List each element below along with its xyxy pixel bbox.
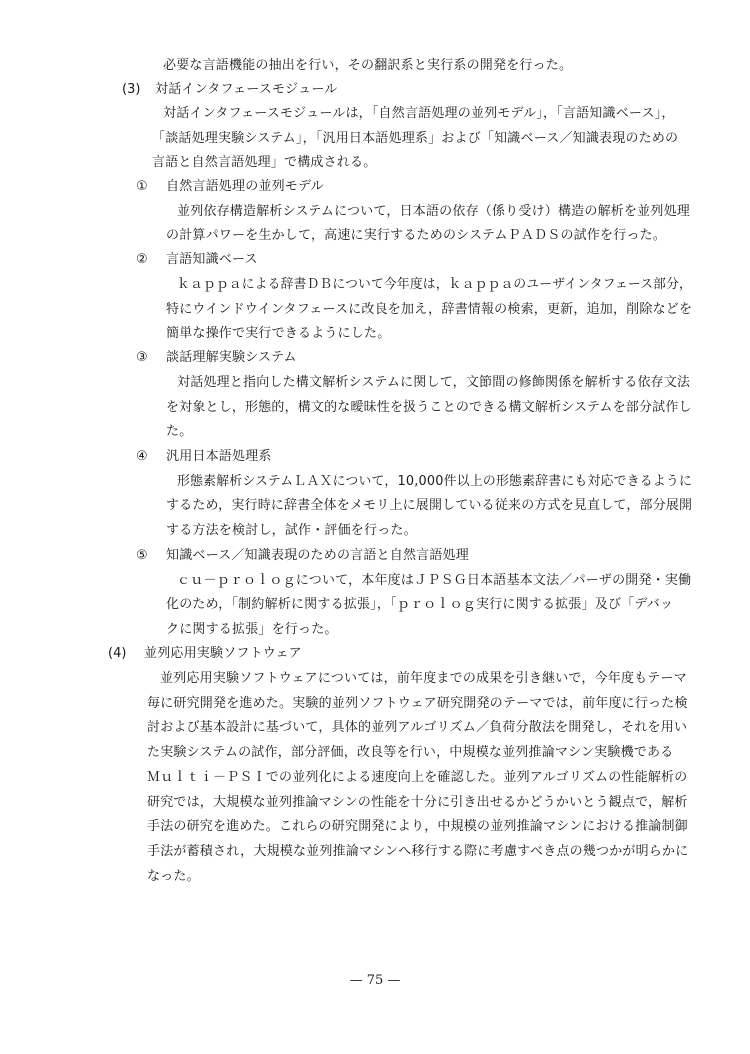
section-4-body-line: Ｍｕｌｔｉ－ＰＳＩでの並列化による速度向上を確認した。並列アルゴリズムの性能解析… [147,770,687,786]
item-1-title: 自然言語処理の並列モデル [166,179,324,195]
item-3-marker: ③ [136,350,148,366]
item-3-body-line: た。 [166,424,192,440]
section-4-body-line: 手法の研究を進めた。これらの研究開発により，中規模の並列推論マシンにおける推論制… [147,819,688,835]
section-4-title: 並列応用実験ソフトウェア [144,646,302,662]
item-5-body-line: クに関する拡張」を行った。 [166,622,338,638]
section-3-body-line: 対話インタフェースモジュールは，「自然言語処理の並列モデル」，「言語知識ベース」… [163,106,675,122]
item-4-title: 汎用日本語処理系 [166,449,272,465]
section-4-body-line: 研究では，大規模な並列推論マシンの性能を十分に引き出せるかどうかいとう観点で，解… [147,795,688,811]
item-4-body-line: するため，実行時に辞書全体をメモリ上に展開している従来の方式を見直して，部分展開 [166,498,692,514]
item-5-body-line: ｃｕ－ｐｒｏｌｏｇについて，本年度はＪＰＳＧ日本語基本文法／パーザの開発・実働 [177,573,691,589]
item-3-body-line: を対象とし，形態的，構文的な曖昧性を扱うことのできる構文解析システムを部分試作し [166,400,692,416]
item-5-body-line: 化のため，「制約解析に関する拡張」，「ｐｒｏｌｏｇ実行に関する拡張」及び「デバッ [166,597,673,613]
item-4-marker: ④ [136,449,148,465]
section-4-number: (4) [108,646,126,662]
section-4-body-line: 並列応用実験ソフトウェアについては，前年度までの成果を引き継いで，今年度もテーマ [160,671,687,687]
item-2-body-line: 簡単な操作で実行できるようにした。 [166,326,390,342]
section-4-body-line: なった。 [147,869,200,885]
item-1-marker: ① [136,179,148,195]
item-5-marker: ⑤ [136,548,148,564]
item-4-body-line: 形態素解析システムＬＡＸについて，10,000件以上の形態素辞書にも対応できるよ… [177,474,692,490]
item-5-title: 知識ベース／知識表現のための言語と自然言語処理 [166,548,469,564]
page-number: — 75 — [0,973,750,988]
intro-line: 必要な言語機能の抽出を行い，その翻訳系と実行系の開発を行った。 [163,58,572,74]
section-4-body-line: た実験システムの試作，部分評価，改良等を行い，中規模な並列推論マシン実験機である [147,745,673,761]
section-3-title: 対話インタフェースモジュール [155,82,337,98]
section-3-number: (3) [122,82,140,98]
item-1-body-line: の計算パワーを生かして，高速に実行するためのシステムＰＡＤＳの試作を行った。 [166,228,666,244]
item-3-body-line: 対話処理と指向した構文解析システムに関して，文節間の修飾関係を解析する依存文法 [177,375,690,391]
item-4-body-line: する方法を検討し，試作・評価を行った。 [166,523,417,539]
item-2-marker: ② [136,252,148,268]
item-2-body-line: 特にウインドウインタフェースに改良を加え，辞書情報の検索，更新，追加，削除などを [166,302,692,318]
item-3-title: 談話理解実験システム [166,350,297,366]
section-3-body-line: 「談話処理実験システム」，「汎用日本語処理系」および「知識ベース／知識表現のため… [152,131,678,147]
item-2-title: 言語知識ベース [166,252,258,268]
section-4-body-line: 手法が蓄積され，大規模な並列推論マシンへ移行する際に考慮すべき点の幾つかが明らか… [147,844,688,860]
section-3-body-line: 言語と自然言語処理」で構成される。 [152,155,376,171]
item-1-body-line: 並列依存構造解析システムについて，日本語の依存（係り受け）構造の解析を並列処理 [177,204,690,220]
section-4-body-line: 毎に研究開発を進めた。実験的並列ソフトウェア研究開発のテーマでは，前年度に行った… [147,696,688,712]
section-4-body-line: 討および基本設計に基づいて，具体的並列アルゴリズム／負荷分散法を開発し，それを用… [147,720,687,736]
item-2-body-line: ｋａｐｐａによる辞書ＤＢについて今年度は，ｋａｐｐａのユーザインタフェース部分， [177,277,692,293]
